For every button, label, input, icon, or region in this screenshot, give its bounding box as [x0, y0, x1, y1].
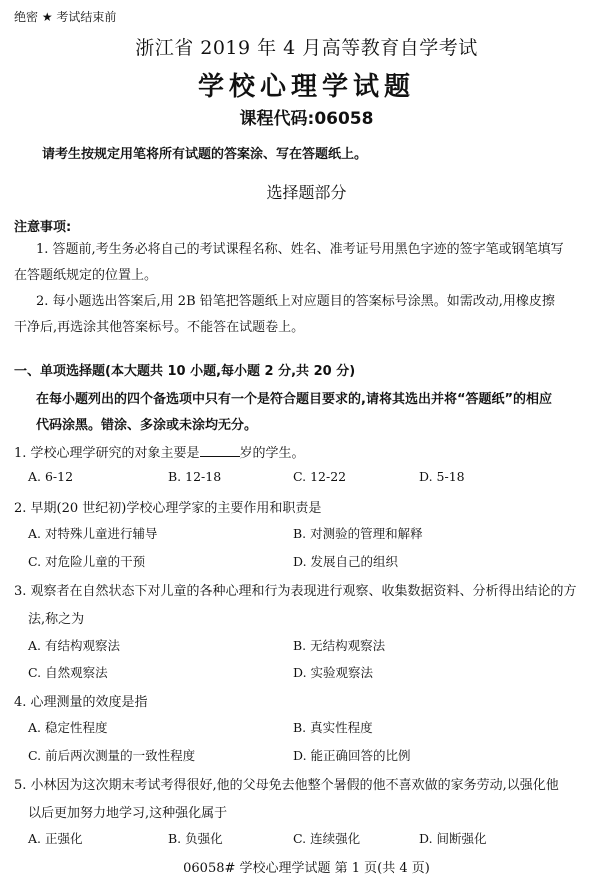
question-3-option-b: B. 无结构观察法 — [293, 636, 385, 654]
question-4-option-c: C. 前后两次测量的一致性程度 — [28, 746, 195, 764]
question-1-option-d: D. 5-18 — [419, 469, 465, 484]
notes-label: 注意事项: — [14, 216, 71, 235]
question-3-option-c: C. 自然观察法 — [28, 663, 108, 681]
note-2-line-2: 干净后,再选涂其他答案标号。不能答在试题卷上。 — [14, 316, 304, 335]
question-1-stem-pre: 1. 学校心理学研究的对象主要是 — [14, 446, 200, 461]
question-2-option-b: B. 对测验的管理和解释 — [293, 524, 423, 542]
question-2-stem: 2. 早期(20 世纪初)学校心理学家的主要作用和职责是 — [14, 497, 321, 516]
question-3-stem-line-2: 法,称之为 — [28, 608, 84, 627]
question-4-stem: 4. 心理测量的效度是指 — [14, 691, 148, 710]
question-3-option-d: D. 实验观察法 — [293, 663, 373, 681]
question-1-stem: 1. 学校心理学研究的对象主要是岁的学生。 — [14, 442, 305, 461]
section-heading: 一、单项选择题(本大题共 10 小题,每小题 2 分,共 20 分) — [14, 360, 355, 379]
exam-name: 浙江省 2019 年 4 月高等教育自学考试 — [0, 33, 613, 60]
question-4-option-a: A. 稳定性程度 — [28, 718, 107, 736]
question-5-stem-line-2: 以后更加努力地学习,这种强化属于 — [28, 802, 227, 821]
answer-instruction: 请考生按规定用笔将所有试题的答案涂、写在答题纸上。 — [42, 143, 367, 162]
question-5-option-c: C. 连续强化 — [293, 829, 360, 847]
note-1-line-2: 在答题纸规定的位置上。 — [14, 264, 157, 283]
question-2-option-a: A. 对特殊儿童进行辅导 — [28, 524, 157, 542]
question-1-option-a: A. 6-12 — [28, 469, 73, 484]
note-2-line-1: 2. 每小题选出答案后,用 2B 铅笔把答题纸上对应题目的答案标号涂黑。如需改动… — [36, 290, 555, 309]
question-1-option-c: C. 12-22 — [293, 469, 346, 484]
question-1-stem-post: 岁的学生。 — [240, 446, 305, 461]
question-3-option-a: A. 有结构观察法 — [28, 636, 120, 654]
question-5-option-b: B. 负强化 — [168, 829, 223, 847]
paper-title: 学校心理学试题 — [0, 66, 613, 103]
question-4-option-b: B. 真实性程度 — [293, 718, 373, 736]
question-5-option-a: A. 正强化 — [28, 829, 82, 847]
answer-blank — [200, 444, 240, 457]
secret-mark: 绝密 ★ 考试结束前 — [14, 8, 116, 25]
part-title: 选择题部分 — [0, 180, 613, 203]
page-footer: 06058# 学校心理学试题 第 1 页(共 4 页) — [0, 857, 613, 876]
question-4-option-d: D. 能正确回答的比例 — [293, 746, 411, 764]
course-code: 课程代码:06058 — [0, 104, 613, 129]
question-1-option-b: B. 12-18 — [168, 469, 221, 484]
note-1-line-1: 1. 答题前,考生务必将自己的考试课程名称、姓名、准考证号用黑色字迹的签字笔或钢… — [36, 238, 564, 257]
section-desc-line-2: 代码涂黑。错涂、多涂或未涂均无分。 — [36, 414, 257, 433]
section-desc-line-1: 在每小题列出的四个备选项中只有一个是符合题目要求的,请将其选出并将“答题纸”的相… — [36, 388, 552, 407]
question-2-option-d: D. 发展自己的组织 — [293, 552, 398, 570]
question-2-option-c: C. 对危险儿童的干预 — [28, 552, 145, 570]
question-3-stem-line-1: 3. 观察者在自然状态下对儿童的各种心理和行为表现进行观察、收集数据资料、分析得… — [14, 580, 577, 599]
question-5-stem-line-1: 5. 小林因为这次期末考试考得很好,他的父母免去他整个暑假的他不喜欢做的家务劳动… — [14, 774, 559, 793]
question-5-option-d: D. 间断强化 — [419, 829, 487, 847]
